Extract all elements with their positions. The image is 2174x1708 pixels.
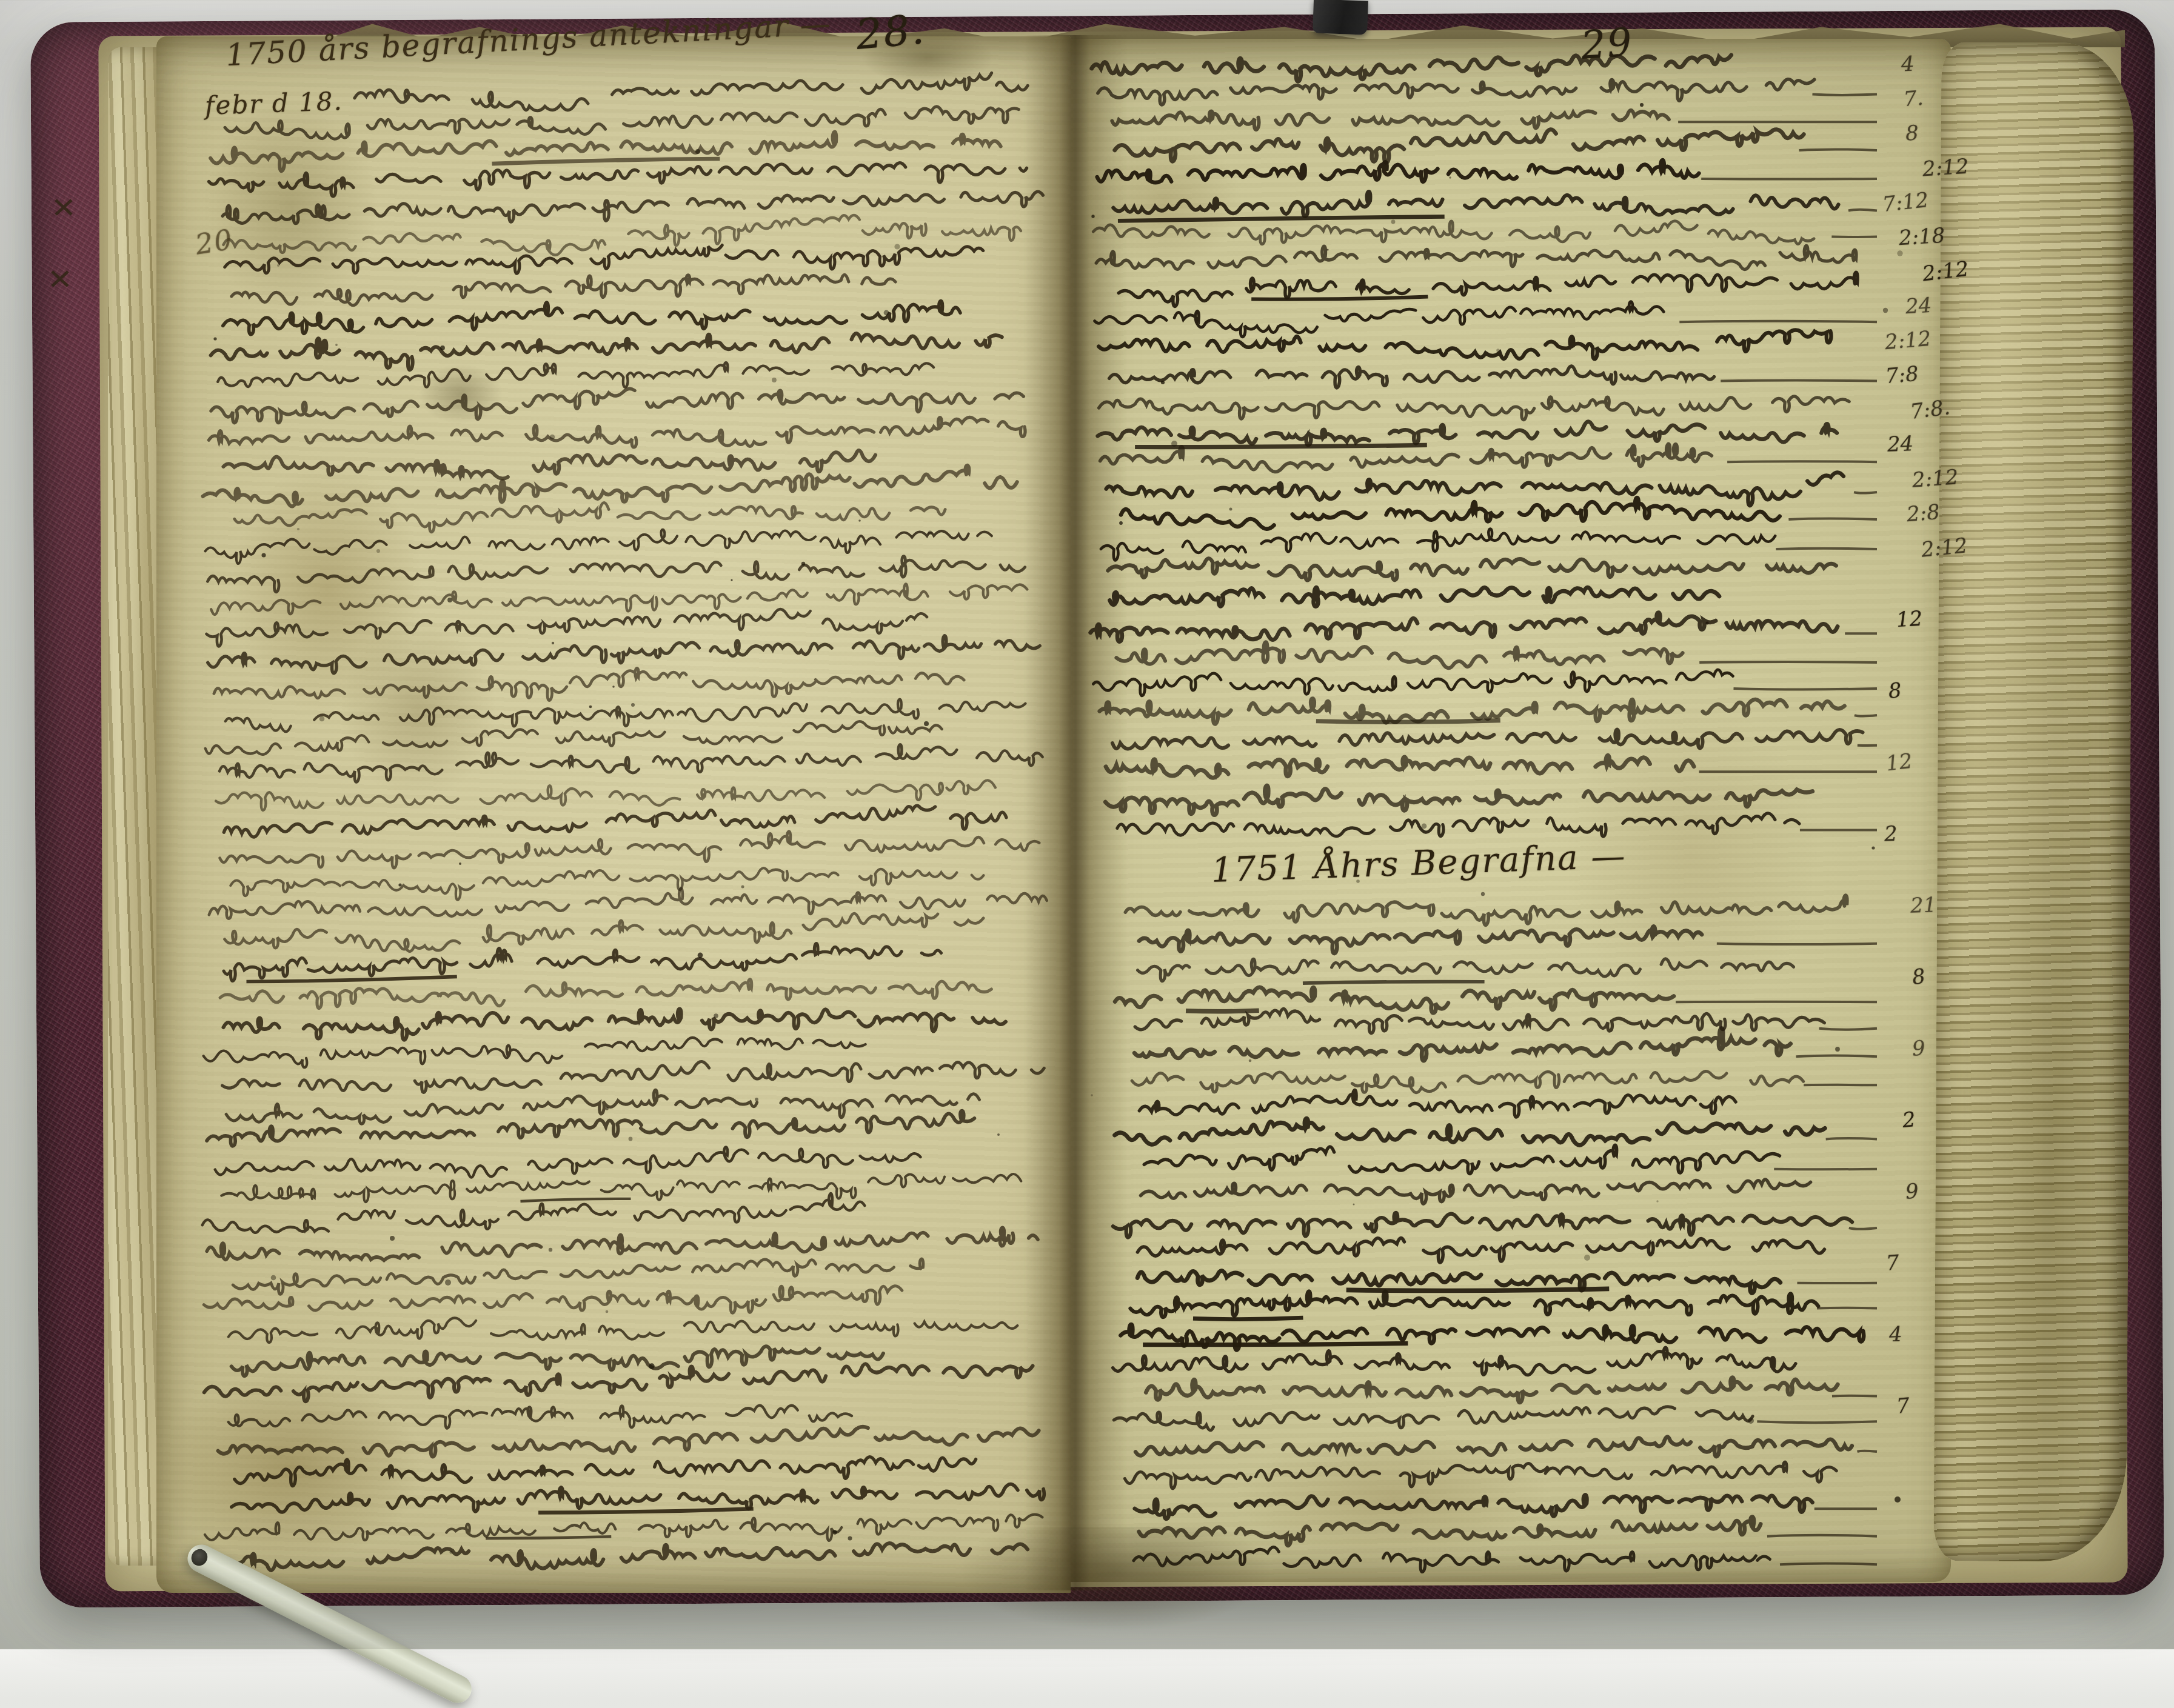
- left-page-number: 28.: [854, 5, 928, 59]
- margin-value: 7:8.: [1908, 395, 1951, 424]
- margin-value: 2:12: [1884, 327, 1932, 355]
- right-margin-values-column: 47.82:127:122:182:12242:127:87:8.242:122…: [1862, 52, 2014, 1537]
- margin-value: 8: [1910, 964, 1926, 990]
- margin-value: 21: [1910, 893, 1938, 918]
- margin-value: 2: [1901, 1107, 1916, 1133]
- margin-value: 24: [1905, 293, 1932, 319]
- margin-value: 2:12: [1922, 155, 1970, 182]
- right-page-number: 29: [1580, 20, 1634, 68]
- rod-tip-hole: [189, 1546, 210, 1569]
- margin-value: 8: [1887, 678, 1902, 704]
- page-clamp: [1313, 0, 1368, 35]
- margin-value: 24: [1887, 432, 1915, 457]
- photo-open-burial-register: { "scene": { "description": "Photograph …: [0, 0, 2174, 1649]
- margin-value: 9: [1911, 1036, 1926, 1061]
- margin-value: 9: [1905, 1179, 1919, 1204]
- margin-value: 2:12: [1911, 465, 1959, 492]
- left-page-first-line: febr d 18.: [204, 86, 343, 121]
- margin-value: 7: [1896, 1393, 1911, 1419]
- margin-value: 7:12: [1881, 188, 1930, 217]
- margin-value: 8: [1905, 121, 1919, 146]
- margin-value: 7:8: [1885, 362, 1920, 389]
- margin-value: 2:18: [1898, 224, 1946, 251]
- margin-value: 2:12: [1921, 257, 1970, 287]
- margin-value: 4: [1901, 52, 1915, 77]
- margin-value: 2: [1884, 822, 1898, 847]
- handwriting-lines: [0, 0, 2174, 1649]
- margin-value: 7: [1885, 1250, 1900, 1275]
- margin-value: 2:8: [1905, 500, 1941, 527]
- margin-value: 12: [1885, 749, 1914, 776]
- margin-value: 12: [1896, 607, 1924, 633]
- margin-value: 2:12: [1921, 533, 1969, 562]
- margin-value: 4: [1888, 1323, 1902, 1347]
- margin-value: 7.: [1903, 86, 1924, 112]
- left-margin-note: 20: [193, 222, 235, 261]
